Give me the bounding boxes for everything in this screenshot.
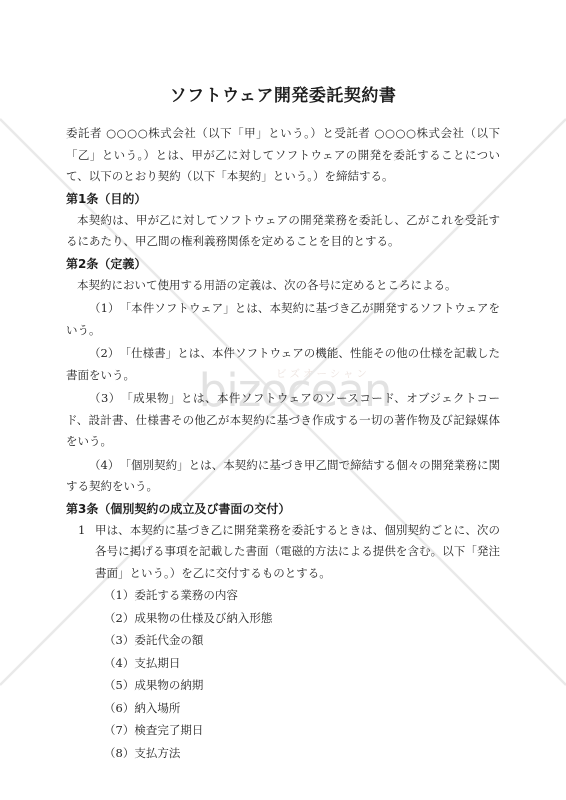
article-2-heading: 第2条（定義）: [66, 253, 500, 275]
article-3-heading: 第3条（個別契約の成立及び書面の交付）: [66, 498, 500, 520]
order-item-3: （3）委託代金の額: [66, 630, 500, 652]
article-1-heading: 第1条（目的）: [66, 188, 500, 210]
clause-1: 1甲は、本契約に基づき乙に開発業務を委託するときは、個別契約ごとに、次の各号に掲…: [66, 520, 500, 585]
order-item-5: （5）成果物の納期: [66, 675, 500, 697]
order-item-6: （6）納入場所: [66, 698, 500, 720]
definition-item-1: （1） 「本件ソフトウェア」とは、本契約に基づき乙が開発するソフトウェアをいう。: [66, 298, 500, 341]
article-1-body: 本契約は、甲が乙に対してソフトウェアの開発業務を委託し、乙がこれを受託するにあた…: [66, 210, 500, 253]
order-item-4: （4）支払期日: [66, 653, 500, 675]
clause-1-number: 1: [78, 520, 85, 542]
preamble-paragraph: 委託者 ○○○○株式会社（以下「甲」という。）と受託者 ○○○○株式会社（以下「…: [66, 123, 500, 188]
definition-item-2: （2） 「仕様書」とは、本件ソフトウェアの機能、性能その他の仕様を記載した書面を…: [66, 343, 500, 386]
document-content: ソフトウェア開発委託契約書 委託者 ○○○○株式会社（以下「甲」という。）と受託…: [66, 0, 500, 764]
order-item-2: （2）成果物の仕様及び納入形態: [66, 608, 500, 630]
definition-item-3: （3） 「成果物」とは、本件ソフトウェアのソースコード、オブジェクトコード、設計…: [66, 388, 500, 453]
article-2-body: 本契約において使用する用語の定義は、次の各号に定めるところによる。: [66, 275, 500, 297]
document-title: ソフトウェア開発委託契約書: [66, 87, 500, 106]
definition-item-4: （4） 「個別契約」とは、本契約に基づき甲乙間で締結する個々の開発業務に関する契…: [66, 455, 500, 498]
order-item-7: （7）検査完了期日: [66, 720, 500, 742]
order-item-1: （1）委託する業務の内容: [66, 585, 500, 607]
clause-1-text: 甲は、本契約に基づき乙に開発業務を委託するときは、個別契約ごとに、次の各号に掲げ…: [95, 523, 500, 580]
order-item-8: （8）支払方法: [66, 743, 500, 765]
contract-document-page: ビズオーシャン bizocean ソフトウェア開発委託契約書 委託者 ○○○○株…: [0, 0, 566, 800]
